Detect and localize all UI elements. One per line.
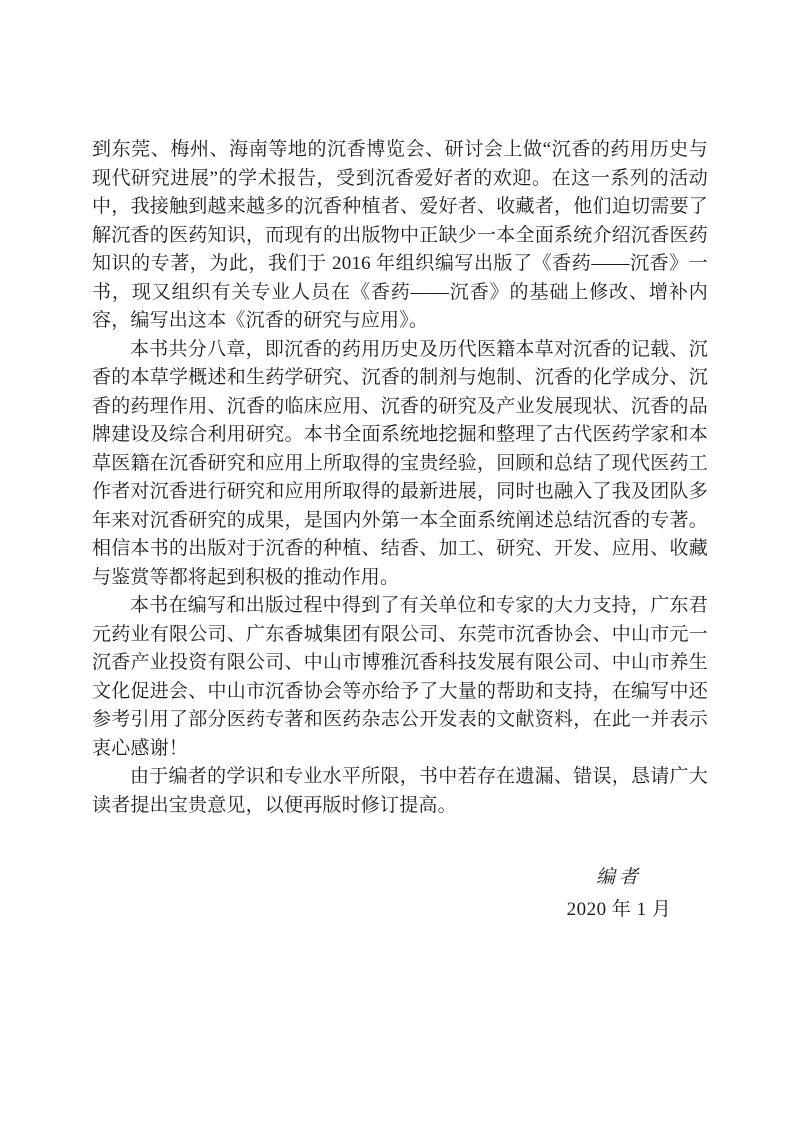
signature-block: 编者 2020 年 1 月	[539, 863, 699, 926]
paragraph: 由于编者的学识和专业水平所限，书中若存在遗漏、错误，恳请广大读者提出宝贵意见，以…	[92, 763, 708, 820]
page-body: 到东莞、梅州、海南等地的沉香博览会、研讨会上做“沉香的药用历史与现代研究进展”的…	[92, 136, 708, 926]
paragraph: 到东莞、梅州、海南等地的沉香博览会、研讨会上做“沉香的药用历史与现代研究进展”的…	[92, 136, 708, 336]
author-name: 编者	[539, 863, 699, 893]
book-page: 到东莞、梅州、海南等地的沉香博览会、研讨会上做“沉香的药用历史与现代研究进展”的…	[0, 0, 800, 1130]
body-paragraphs: 到东莞、梅州、海南等地的沉香博览会、研讨会上做“沉香的药用历史与现代研究进展”的…	[92, 136, 708, 820]
paragraph: 本书在编写和出版过程中得到了有关单位和专家的大力支持，广东君元药业有限公司、广东…	[92, 592, 708, 763]
publication-date: 2020 年 1 月	[539, 893, 699, 926]
paragraph: 本书共分八章，即沉香的药用历史及历代医籍本草对沉香的记载、沉香的本草学概述和生药…	[92, 336, 708, 593]
